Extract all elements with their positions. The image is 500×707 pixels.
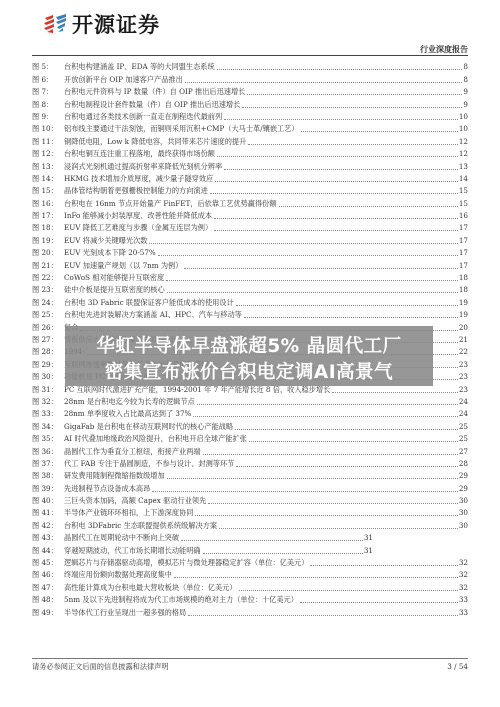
- company-logo: 开源证券: [42, 12, 160, 36]
- page-number: 20: [459, 323, 468, 333]
- dot-leader: [152, 491, 458, 492]
- figure-number: 图 12：: [32, 149, 64, 159]
- dot-leader: [184, 268, 457, 269]
- figure-title: 台积电 3DFabric 生态联盟提供系统级解决方案: [64, 521, 217, 531]
- toc-entry[interactable]: 图 46：终端应用份额向数据处理高度集中32: [32, 568, 468, 580]
- dot-leader: [185, 82, 463, 83]
- page-number: 27: [459, 447, 468, 457]
- page-number: 25: [459, 422, 468, 432]
- figure-number: 图 20：: [32, 248, 64, 258]
- dot-leader: [242, 107, 462, 108]
- toc-entry[interactable]: 图 39：先进制程节点设备成本高昂29: [32, 481, 468, 493]
- page-number: 24: [459, 409, 468, 419]
- figure-title: 半导体代工行业呈现出一超多强的格局: [64, 608, 186, 618]
- page-number: 17: [459, 236, 468, 246]
- toc-entry[interactable]: 图 43：晶圆代工在周期轮动中不断向上突破31: [32, 531, 468, 543]
- figure-title: 台积电在 16nm 节点开始量产 FinFET，后依靠工艺优势赢得份额: [64, 199, 277, 209]
- figure-title: EUV 将减少关键曝光次数: [64, 236, 147, 246]
- figure-title: 台积电先进封装解决方案涵盖 AI、HPC、汽车与移动等: [64, 310, 242, 320]
- page-number: 30: [459, 496, 468, 506]
- toc-entry[interactable]: 图 47：高性能计算成为台积电最大营收板块（单位：亿美元）32: [32, 580, 468, 592]
- dot-leader: [244, 317, 458, 318]
- figure-number: 图 7：: [32, 87, 64, 97]
- dot-leader: [310, 565, 457, 566]
- page-number: 32: [459, 558, 468, 568]
- toc-entry[interactable]: 图 38：研发费用随制程微缩指数级增加29: [32, 469, 468, 481]
- figure-number: 图 23：: [32, 285, 64, 295]
- figure-title: 晶圆代工作为垂直分工枢纽，衔接产业两端: [64, 447, 201, 457]
- news-headline-overlay: 华虹半导体早盘涨超5% 晶圆代工厂 密集宣布涨价台积电定调AI高景气: [65, 326, 433, 386]
- figure-number: 图 31：: [32, 385, 64, 395]
- page-number: 12: [459, 149, 468, 159]
- toc-entry[interactable]: 图 40：三巨头资本加码，高额 Capex 驱动行业领先30: [32, 494, 468, 506]
- page-number: 19: [459, 298, 468, 308]
- figure-number: 图 27：: [32, 335, 64, 345]
- figure-number: 图 35：: [32, 434, 64, 444]
- figure-number: 图 41：: [32, 508, 64, 518]
- toc-entry[interactable]: 图 5：台积电构建涵盖 IP、EDA 等的大同盟生态系统8: [32, 60, 468, 72]
- dot-leader: [158, 255, 458, 256]
- toc-entry[interactable]: 图 44：穿越短期波动，代工市场长期增长动能明确31: [32, 543, 468, 555]
- figure-number: 图 42：: [32, 521, 64, 531]
- figure-title: 台积电元件资料与 IP 数量（件）自 OIP 推出后迅速增长: [64, 87, 245, 97]
- page-number: 17: [459, 248, 468, 258]
- toc-entry[interactable]: 图 34：GigaFab 是台积电在移动互联网时代的核心产能战略25: [32, 419, 468, 431]
- page-number: 22: [459, 347, 468, 357]
- page-number: 8: [463, 62, 468, 72]
- figure-number: 图 10：: [32, 124, 64, 134]
- dot-leader: [247, 94, 462, 95]
- page-number: 15: [459, 199, 468, 209]
- header-divider: [32, 55, 468, 56]
- figure-title: 逻辑芯片与存储器驱动高增，模拟芯片与微处理器稳定扩容（单位：亿美元）: [64, 558, 308, 568]
- headline-line-2: 密集宣布涨价台积电定调AI高景气: [65, 358, 433, 384]
- dot-leader: [210, 193, 458, 194]
- page-number: 31: [364, 533, 373, 543]
- figure-number: 图 6：: [32, 75, 64, 85]
- page-number: 17: [459, 261, 468, 271]
- toc-entry[interactable]: 图 48：5nm 及以下先进制程将成为代工市场规模的绝对主力（单位：十亿美元）3…: [32, 593, 468, 605]
- footer-disclaimer: 请务必参阅正文后面的信息披露和法律声明: [32, 662, 169, 672]
- figure-number: 图 48：: [32, 595, 64, 605]
- footer-divider: [32, 658, 468, 659]
- figure-title: 代工 FAB 专注于晶圆制造，不参与设计、封测等环节: [64, 459, 234, 469]
- page-number: 30: [459, 508, 468, 518]
- figure-title: 穿越短期波动，代工市场长期增长动能明确: [64, 546, 201, 556]
- toc-entry[interactable]: 图 23：硅中介板是提升互联密度的核心18: [32, 283, 468, 295]
- figure-title: 铜降低电阻，Low k 降低电容，共同带来芯片速度的提升: [64, 137, 246, 147]
- toc-entry[interactable]: 图 25：台积电先进封装解决方案涵盖 AI、HPC、汽车与移动等19: [32, 308, 468, 320]
- dot-leader: [167, 292, 458, 293]
- page-number: 32: [459, 583, 468, 593]
- page-number: 31: [364, 546, 373, 556]
- dot-leader: [214, 218, 458, 219]
- figure-title: GigaFab 是台积电在移动互联网时代的核心产能战略: [64, 422, 233, 432]
- figure-title: 晶圆代工在周期轮动中不断向上突破: [64, 533, 179, 543]
- page-number: 23: [459, 372, 468, 382]
- figure-number: 图 43：: [32, 533, 64, 543]
- logo-mark-icon: [42, 12, 68, 36]
- dot-leader: [219, 528, 458, 529]
- dot-leader: [203, 454, 458, 455]
- page-number: 33: [459, 608, 468, 618]
- figure-number: 图 29：: [32, 360, 64, 370]
- figure-number: 图 44：: [32, 546, 64, 556]
- dot-leader: [167, 478, 458, 479]
- page-number: 28: [459, 459, 468, 469]
- figure-number: 图 34：: [32, 422, 64, 432]
- figure-number: 图 26：: [32, 323, 64, 333]
- report-type-label: 行业深度报告: [420, 44, 468, 55]
- figure-title: 28nm 是台积电迄今较为长寿的逻辑节点: [64, 397, 195, 407]
- figure-number: 图 21：: [32, 261, 64, 271]
- figure-title: 晶体管结构朝着更强栅极控制能力的方向演进: [64, 186, 208, 196]
- figure-title: 三巨头资本加码，高额 Capex 驱动行业领先: [64, 496, 206, 506]
- toc-entry[interactable]: 图 21：EUV 加速量产规划（以 7nm 为例）17: [32, 258, 468, 270]
- figure-number: 图 9：: [32, 112, 64, 122]
- page-number: 19: [459, 310, 468, 320]
- page-number: 18: [459, 285, 468, 295]
- toc-entry[interactable]: 图 12：台积电铜互连注重工程落地，最终获得市场份额12: [32, 147, 468, 159]
- figure-title: 研发费用随制程微缩指数级增加: [64, 471, 165, 481]
- page-number: 25: [459, 434, 468, 444]
- toc-entry[interactable]: 图 16：台积电在 16nm 节点开始量产 FinFET，后依靠工艺优势赢得份额…: [32, 196, 468, 208]
- page-number: 10: [459, 124, 468, 134]
- figure-title: 5nm 及以下先进制程将成为代工市场规模的绝对主力（单位：十亿美元）: [64, 595, 298, 605]
- figure-title: 先进制程节点设备成本高昂: [64, 484, 150, 494]
- page-number: 10: [459, 112, 468, 122]
- dot-leader: [217, 69, 463, 70]
- figure-number: 图 37：: [32, 459, 64, 469]
- dot-leader: [239, 590, 458, 591]
- figure-title: EUV 加速量产规划（以 7nm 为例）: [64, 261, 182, 271]
- toc-entry[interactable]: 图 18：EUV 降低工艺难度与步骤（金属互连层为例）17: [32, 221, 468, 233]
- dot-leader: [149, 243, 457, 244]
- figure-number: 图 13：: [32, 162, 64, 172]
- page-number: 8: [463, 75, 468, 85]
- dot-leader: [249, 441, 458, 442]
- figure-title: 高性能计算成为台积电最大营收板块（单位：亿美元）: [64, 583, 237, 593]
- toc-entry[interactable]: 图 11：铜降低电阻，Low k 降低电容，共同带来芯片速度的提升12: [32, 134, 468, 146]
- toc-entry[interactable]: 图 6：开放创新平台 OIP 加速客户产品推出8: [32, 72, 468, 84]
- figure-number: 图 25：: [32, 310, 64, 320]
- dot-leader: [215, 181, 458, 182]
- figure-number: 图 19：: [32, 236, 64, 246]
- toc-entry[interactable]: 图 35：AI 时代叠加地缘政治风险提升，台积电开启全球产能扩张25: [32, 432, 468, 444]
- toc-entry[interactable]: 图 37：代工 FAB 专注于晶圆制造，不参与设计、封测等环节28: [32, 457, 468, 469]
- toc-entry[interactable]: 图 9：台积电通过各类技术创新一直走在制程迭代最前列10: [32, 110, 468, 122]
- dot-leader: [208, 503, 458, 504]
- toc-entry[interactable]: 图 36：晶圆代工作为垂直分工枢纽，衔接产业两端27: [32, 444, 468, 456]
- page-number: 30: [459, 521, 468, 531]
- figure-number: 图 32：: [32, 397, 64, 407]
- toc-entry[interactable]: 图 32：28nm 是台积电迄今较为长寿的逻辑节点24: [32, 395, 468, 407]
- dot-leader: [181, 540, 363, 541]
- figure-title: HKMG 技术增加介质厚度，减少量子隧穿效应: [64, 174, 213, 184]
- figure-title: EUV 降低工艺难度与步骤（金属互连层为例）: [64, 223, 212, 233]
- page-number: 23: [459, 360, 468, 370]
- figure-number: 图 5：: [32, 62, 64, 72]
- figure-number: 图 49：: [32, 608, 64, 618]
- page-number: 29: [459, 484, 468, 494]
- dot-leader: [248, 144, 458, 145]
- figure-title: 半导体产业链环环相扣，上下游深度协同: [64, 508, 193, 518]
- figure-title: CoWoS 相对能够提升互联密度: [64, 273, 164, 283]
- dot-leader: [166, 280, 458, 281]
- figure-number: 图 39：: [32, 484, 64, 494]
- headline-line-1: 华虹半导体早盘涨超5% 晶圆代工厂: [65, 332, 433, 358]
- figure-number: 图 36：: [32, 447, 64, 457]
- dot-leader: [332, 392, 458, 393]
- figure-title: 台积电铜互连注重工程落地，最终获得市场份额: [64, 149, 215, 159]
- page-number: 32: [459, 570, 468, 580]
- figure-number: 图 18：: [32, 223, 64, 233]
- figure-number: 图 14：: [32, 174, 64, 184]
- figure-number: 图 38：: [32, 471, 64, 481]
- toc-entry[interactable]: 图 14：HKMG 技术增加介质厚度，减少量子隧穿效应14: [32, 172, 468, 184]
- logo-text: 开源证券: [72, 9, 160, 39]
- toc-entry[interactable]: 图 7：台积电元件资料与 IP 数量（件）自 OIP 推出后迅速增长9: [32, 85, 468, 97]
- toc-entry[interactable]: 图 15：晶体管结构朝着更强栅极控制能力的方向演进15: [32, 184, 468, 196]
- figure-number: 图 45：: [32, 558, 64, 568]
- dot-leader: [224, 119, 458, 120]
- page-number: 16: [459, 211, 468, 221]
- toc-entry[interactable]: 图 8：台积电制程设计套件数量（件）自 OIP 推出后迅速增长9: [32, 97, 468, 109]
- page-number: 13: [459, 162, 468, 172]
- figure-title: 台积电通过各类技术创新一直走在制程迭代最前列: [64, 112, 222, 122]
- figure-number: 图 47：: [32, 583, 64, 593]
- figure-title: 台积电构建涵盖 IP、EDA 等的大同盟生态系统: [64, 62, 215, 72]
- page-number: 17: [459, 223, 468, 233]
- figure-title: InFo 能够减小封装厚度、改善性能并降低成本: [64, 211, 212, 221]
- figure-number: 图 46：: [32, 570, 64, 580]
- figure-number: 图 15：: [32, 186, 64, 196]
- toc-entry[interactable]: 图 17：InFo 能够减小封装厚度、改善性能并降低成本16: [32, 209, 468, 221]
- figure-title: PC 互联网时代激进扩充产能，1994-2001 年 7 年产能增长近 8 倍，…: [64, 385, 330, 395]
- dot-leader: [279, 206, 458, 207]
- dot-leader: [193, 416, 457, 417]
- figure-title: AI 时代叠加地缘政治风险提升，台积电开启全球产能扩张: [64, 434, 247, 444]
- toc-entry[interactable]: 图 19：EUV 将减少关键曝光次数17: [32, 233, 468, 245]
- figure-number: 图 40：: [32, 496, 64, 506]
- page-number: 9: [463, 87, 468, 97]
- figure-number: 图 16：: [32, 199, 64, 209]
- figure-title: 台积电 3D Fabric 联盟保证客户能低成本的使用设计: [64, 298, 234, 308]
- dot-leader: [214, 230, 458, 231]
- dot-leader: [174, 577, 458, 578]
- page-number: 14: [459, 174, 468, 184]
- figure-number: 图 24：: [32, 298, 64, 308]
- toc-entry[interactable]: 图 33：28nm 单季度收入占比最高达到了 37%24: [32, 407, 468, 419]
- toc-entry[interactable]: 图 41：半导体产业链环环相扣，上下游深度协同30: [32, 506, 468, 518]
- dot-leader: [236, 305, 458, 306]
- dot-leader: [203, 553, 363, 554]
- page-number: 29: [459, 471, 468, 481]
- page-number: 18: [459, 273, 468, 283]
- page-number: 21: [459, 335, 468, 345]
- dot-leader: [236, 466, 458, 467]
- dot-leader: [224, 169, 458, 170]
- dot-leader: [235, 429, 458, 430]
- toc-entry[interactable]: 图 49：半导体代工行业呈现出一超多强的格局33: [32, 605, 468, 617]
- figure-number: 图 8：: [32, 100, 64, 110]
- dot-leader: [217, 156, 458, 157]
- page-number: 9: [463, 100, 468, 110]
- page-number: 23: [459, 385, 468, 395]
- dot-leader: [188, 615, 458, 616]
- figure-number: 图 22：: [32, 273, 64, 283]
- toc-entry[interactable]: 图 20：EUV 光刻成本下降 20-57%17: [32, 246, 468, 258]
- figure-number: 图 17：: [32, 211, 64, 221]
- dot-leader: [195, 515, 457, 516]
- toc-entry[interactable]: 图 22：CoWoS 相对能够提升互联密度18: [32, 271, 468, 283]
- figure-title: 硅中介板是提升互联密度的核心: [64, 285, 165, 295]
- figure-number: 图 33：: [32, 409, 64, 419]
- toc-entry[interactable]: 图 42：台积电 3DFabric 生态联盟提供系统级解决方案30: [32, 518, 468, 530]
- figure-title: 铝布线主要通过干法刻蚀，而铜则采用沉积+CMP（大马士革/镶嵌工艺）: [64, 124, 299, 134]
- figure-number: 图 11：: [32, 137, 64, 147]
- figure-number: 图 28：: [32, 347, 64, 357]
- figure-title: 终端应用份额向数据处理高度集中: [64, 570, 172, 580]
- page-number: 15: [459, 186, 468, 196]
- toc-entry[interactable]: 图 24：台积电 3D Fabric 联盟保证客户能低成本的使用设计19: [32, 295, 468, 307]
- page-number: 12: [459, 137, 468, 147]
- page-indicator: 3 / 54: [447, 662, 468, 671]
- dot-leader: [301, 131, 458, 132]
- figure-title: 浸润式光刻机通过提高折射率来降低光刻机分辨率: [64, 162, 222, 172]
- figure-title: 28nm 单季度收入占比最高达到了 37%: [64, 409, 191, 419]
- figure-number: 图 30：: [32, 372, 64, 382]
- toc-entry[interactable]: 图 45：逻辑芯片与存储器驱动高增，模拟芯片与微处理器稳定扩容（单位：亿美元）3…: [32, 556, 468, 568]
- toc-entry[interactable]: 图 13：浸润式光刻机通过提高折射率来降低光刻机分辨率13: [32, 159, 468, 171]
- figure-title: EUV 光刻成本下降 20-57%: [64, 248, 156, 258]
- figure-title: 开放创新平台 OIP 加速客户产品推出: [64, 75, 183, 85]
- toc-entry[interactable]: 图 10：铝布线主要通过干法刻蚀，而铜则采用沉积+CMP（大马士革/镶嵌工艺）1…: [32, 122, 468, 134]
- figure-title: 台积电制程设计套件数量（件）自 OIP 推出后迅速增长: [64, 100, 240, 110]
- page-number: 24: [459, 397, 468, 407]
- dot-leader: [197, 404, 458, 405]
- dot-leader: [300, 602, 458, 603]
- page-number: 33: [459, 595, 468, 605]
